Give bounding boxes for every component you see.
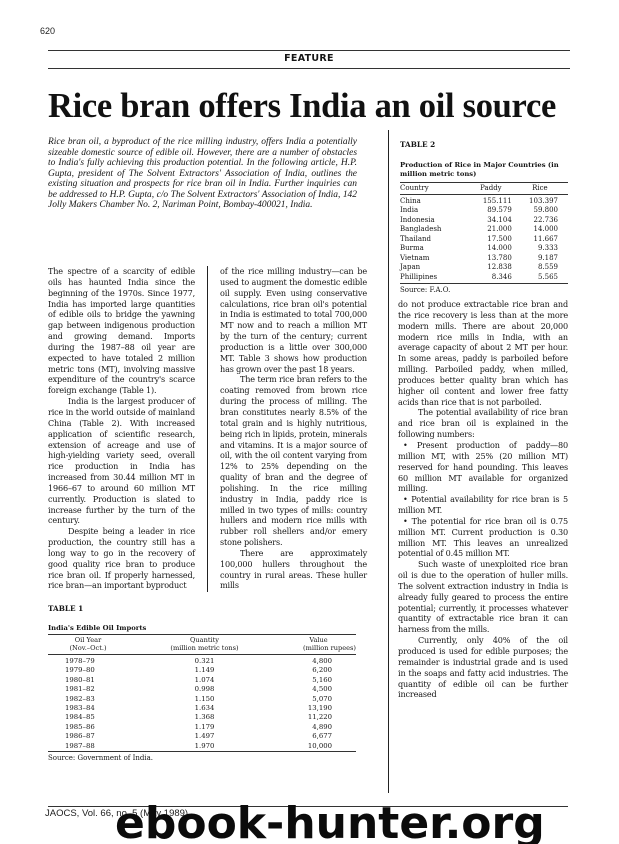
- column-header-value: Value (million rupees): [281, 635, 356, 655]
- table-source: Source: Government of India.: [48, 752, 356, 764]
- paragraph: The term rice bran refers to the coating…: [220, 374, 367, 548]
- cell-country: Phillipines: [400, 273, 470, 284]
- cell-quantity: 1.970: [128, 742, 281, 752]
- cell-value: 5,160: [281, 676, 356, 685]
- body-column-3: do not produce extractable rice bran and…: [398, 299, 568, 700]
- cell-quantity: 1.074: [128, 676, 281, 685]
- paragraph: do not produce extractable rice bran and…: [398, 299, 568, 407]
- cell-quantity: 1.368: [128, 713, 281, 722]
- cell-value: 6,677: [281, 732, 356, 741]
- paragraph: Such waste of unexploited rice bran oil …: [398, 559, 568, 635]
- cell-paddy: 89.579: [470, 206, 512, 215]
- cell-year: 1984–85: [48, 713, 128, 722]
- cell-value: 4,500: [281, 685, 356, 694]
- cell-quantity: 0.998: [128, 685, 281, 694]
- cell-year: 1978–79: [48, 655, 128, 667]
- table-source-row: Source: F.A.O.: [400, 284, 568, 296]
- cell-year: 1985–86: [48, 723, 128, 732]
- cell-value: 10,000: [281, 742, 356, 752]
- cell-quantity: 1.497: [128, 732, 281, 741]
- column-divider-2: [388, 130, 389, 793]
- cell-year: 1981–82: [48, 685, 128, 694]
- cell-year: 1987–88: [48, 742, 128, 752]
- cell-paddy: 14.000: [470, 244, 512, 253]
- table-row: Vietnam13.7809.187: [400, 254, 568, 263]
- column-header-oil-year: Oil Year (Nov.–Oct.): [48, 635, 128, 655]
- paragraph: The potential availability of rice bran …: [398, 407, 568, 440]
- table-row: 1984–851.36811,220: [48, 713, 356, 722]
- section-label: FEATURE: [48, 53, 570, 64]
- table-row: India89.57959.800: [400, 206, 568, 215]
- table-row: 1985–861.1794,890: [48, 723, 356, 732]
- cell-country: Vietnam: [400, 254, 470, 263]
- cell-country: Japan: [400, 263, 470, 272]
- table-row: 1981–820.9984,500: [48, 685, 356, 694]
- cell-quantity: 0.321: [128, 655, 281, 667]
- paragraph: Despite being a leader in rice productio…: [48, 526, 195, 591]
- cell-year: 1986–87: [48, 732, 128, 741]
- cell-rice: 9.187: [512, 254, 568, 263]
- header-rule-bottom: [48, 68, 570, 69]
- table-header-row: Oil Year (Nov.–Oct.) Quantity (million m…: [48, 635, 356, 655]
- cell-paddy: 13.780: [470, 254, 512, 263]
- table-row: Bangladesh21.00014.000: [400, 225, 568, 234]
- table-row: Indonesia34.10422.736: [400, 216, 568, 225]
- article-abstract: Rice bran oil, a byproduct of the rice m…: [48, 137, 357, 211]
- header-line: Quantity: [128, 636, 281, 644]
- table-2-caption: Production of Rice in Major Countries (i…: [400, 161, 568, 178]
- cell-country: India: [400, 206, 470, 215]
- paragraph: There are approximately 100,000 hullers …: [220, 548, 367, 591]
- column-header-quantity: Quantity (million metric tons): [128, 635, 281, 655]
- cell-rice: 59.800: [512, 206, 568, 215]
- cell-paddy: 34.104: [470, 216, 512, 225]
- table-row: 1978–790.3214,800: [48, 655, 356, 667]
- article-headline: Rice bran offers India an oil source: [48, 86, 556, 126]
- cell-rice: 9.333: [512, 244, 568, 253]
- cell-value: 13,190: [281, 704, 356, 713]
- cell-paddy: 8.346: [470, 273, 512, 284]
- table-1-caption: India's Edible Oil Imports: [48, 624, 146, 633]
- cell-year: 1980–81: [48, 676, 128, 685]
- table-source: Source: F.A.O.: [400, 284, 568, 296]
- paragraph: The spectre of a scarcity of edible oils…: [48, 266, 195, 396]
- cell-rice: 14.000: [512, 225, 568, 234]
- table-row: Phillipines8.3465.565: [400, 273, 568, 284]
- cell-rice: 103.397: [512, 195, 568, 207]
- table-row: China155.111103.397: [400, 195, 568, 207]
- cell-country: Thailand: [400, 235, 470, 244]
- header-line: Oil Year: [48, 636, 128, 644]
- table-row: Japan12.8388.559: [400, 263, 568, 272]
- cell-value: 4,800: [281, 655, 356, 667]
- cell-country: China: [400, 195, 470, 207]
- cell-paddy: 12.838: [470, 263, 512, 272]
- cell-rice: 22.736: [512, 216, 568, 225]
- cell-value: 6,200: [281, 666, 356, 675]
- cell-rice: 11.667: [512, 235, 568, 244]
- column-divider-1: [207, 266, 208, 592]
- table-row: Burma14.0009.333: [400, 244, 568, 253]
- cell-year: 1983–84: [48, 704, 128, 713]
- table-source-row: Source: Government of India.: [48, 752, 356, 764]
- cell-rice: 8.559: [512, 263, 568, 272]
- cell-year: 1979–80: [48, 666, 128, 675]
- cell-paddy: 155.111: [470, 195, 512, 207]
- cell-country: Bangladesh: [400, 225, 470, 234]
- cell-paddy: 21.000: [470, 225, 512, 234]
- table-2-label: TABLE 2: [400, 140, 435, 149]
- column-header: Rice: [512, 183, 568, 195]
- cell-rice: 5.565: [512, 273, 568, 284]
- bullet-item: • Potential availability for rice bran i…: [398, 494, 568, 516]
- header-line: (Nov.–Oct.): [48, 644, 128, 652]
- paragraph: India is the largest producer of rice in…: [48, 396, 195, 526]
- table-row: 1982–831.1505,070: [48, 695, 356, 704]
- cell-value: 4,890: [281, 723, 356, 732]
- cell-country: Indonesia: [400, 216, 470, 225]
- table-header-row: Country Paddy Rice: [400, 183, 568, 195]
- body-column-2: of the rice milling industry—can be used…: [220, 266, 367, 591]
- bullet-item: • The potential for rice bran oil is 0.7…: [398, 516, 568, 559]
- table-2-rice-production: Country Paddy Rice China155.111103.397 I…: [400, 182, 568, 296]
- header-rule-top: [48, 50, 570, 51]
- cell-paddy: 17.500: [470, 235, 512, 244]
- header-line: (million metric tons): [128, 644, 281, 652]
- column-header: Paddy: [470, 183, 512, 195]
- cell-quantity: 1.149: [128, 666, 281, 675]
- body-column-1: The spectre of a scarcity of edible oils…: [48, 266, 195, 591]
- header-line: (million rupees): [281, 644, 356, 652]
- cell-year: 1982–83: [48, 695, 128, 704]
- cell-quantity: 1.150: [128, 695, 281, 704]
- cell-country: Burma: [400, 244, 470, 253]
- table-row: 1986–871.4976,677: [48, 732, 356, 741]
- watermark: ebook-hunter.org: [115, 800, 545, 844]
- table-1-label: TABLE 1: [48, 604, 83, 613]
- cell-value: 11,220: [281, 713, 356, 722]
- paragraph: Currently, only 40% of the oil produced …: [398, 635, 568, 700]
- table-row: Thailand17.50011.667: [400, 235, 568, 244]
- table-row: 1983–841.63413,190: [48, 704, 356, 713]
- table-row: 1979–801.1496,200: [48, 666, 356, 675]
- cell-quantity: 1.634: [128, 704, 281, 713]
- table-row: 1987–881.97010,000: [48, 742, 356, 752]
- header-line: Value: [281, 636, 356, 644]
- column-header: Country: [400, 183, 470, 195]
- table-1-edible-oil-imports: Oil Year (Nov.–Oct.) Quantity (million m…: [48, 634, 356, 763]
- cell-quantity: 1.179: [128, 723, 281, 732]
- cell-value: 5,070: [281, 695, 356, 704]
- paragraph: of the rice milling industry—can be used…: [220, 266, 367, 374]
- table-row: 1980–811.0745,160: [48, 676, 356, 685]
- bullet-item: • Present production of paddy—80 million…: [398, 440, 568, 494]
- page-number: 620: [40, 26, 55, 36]
